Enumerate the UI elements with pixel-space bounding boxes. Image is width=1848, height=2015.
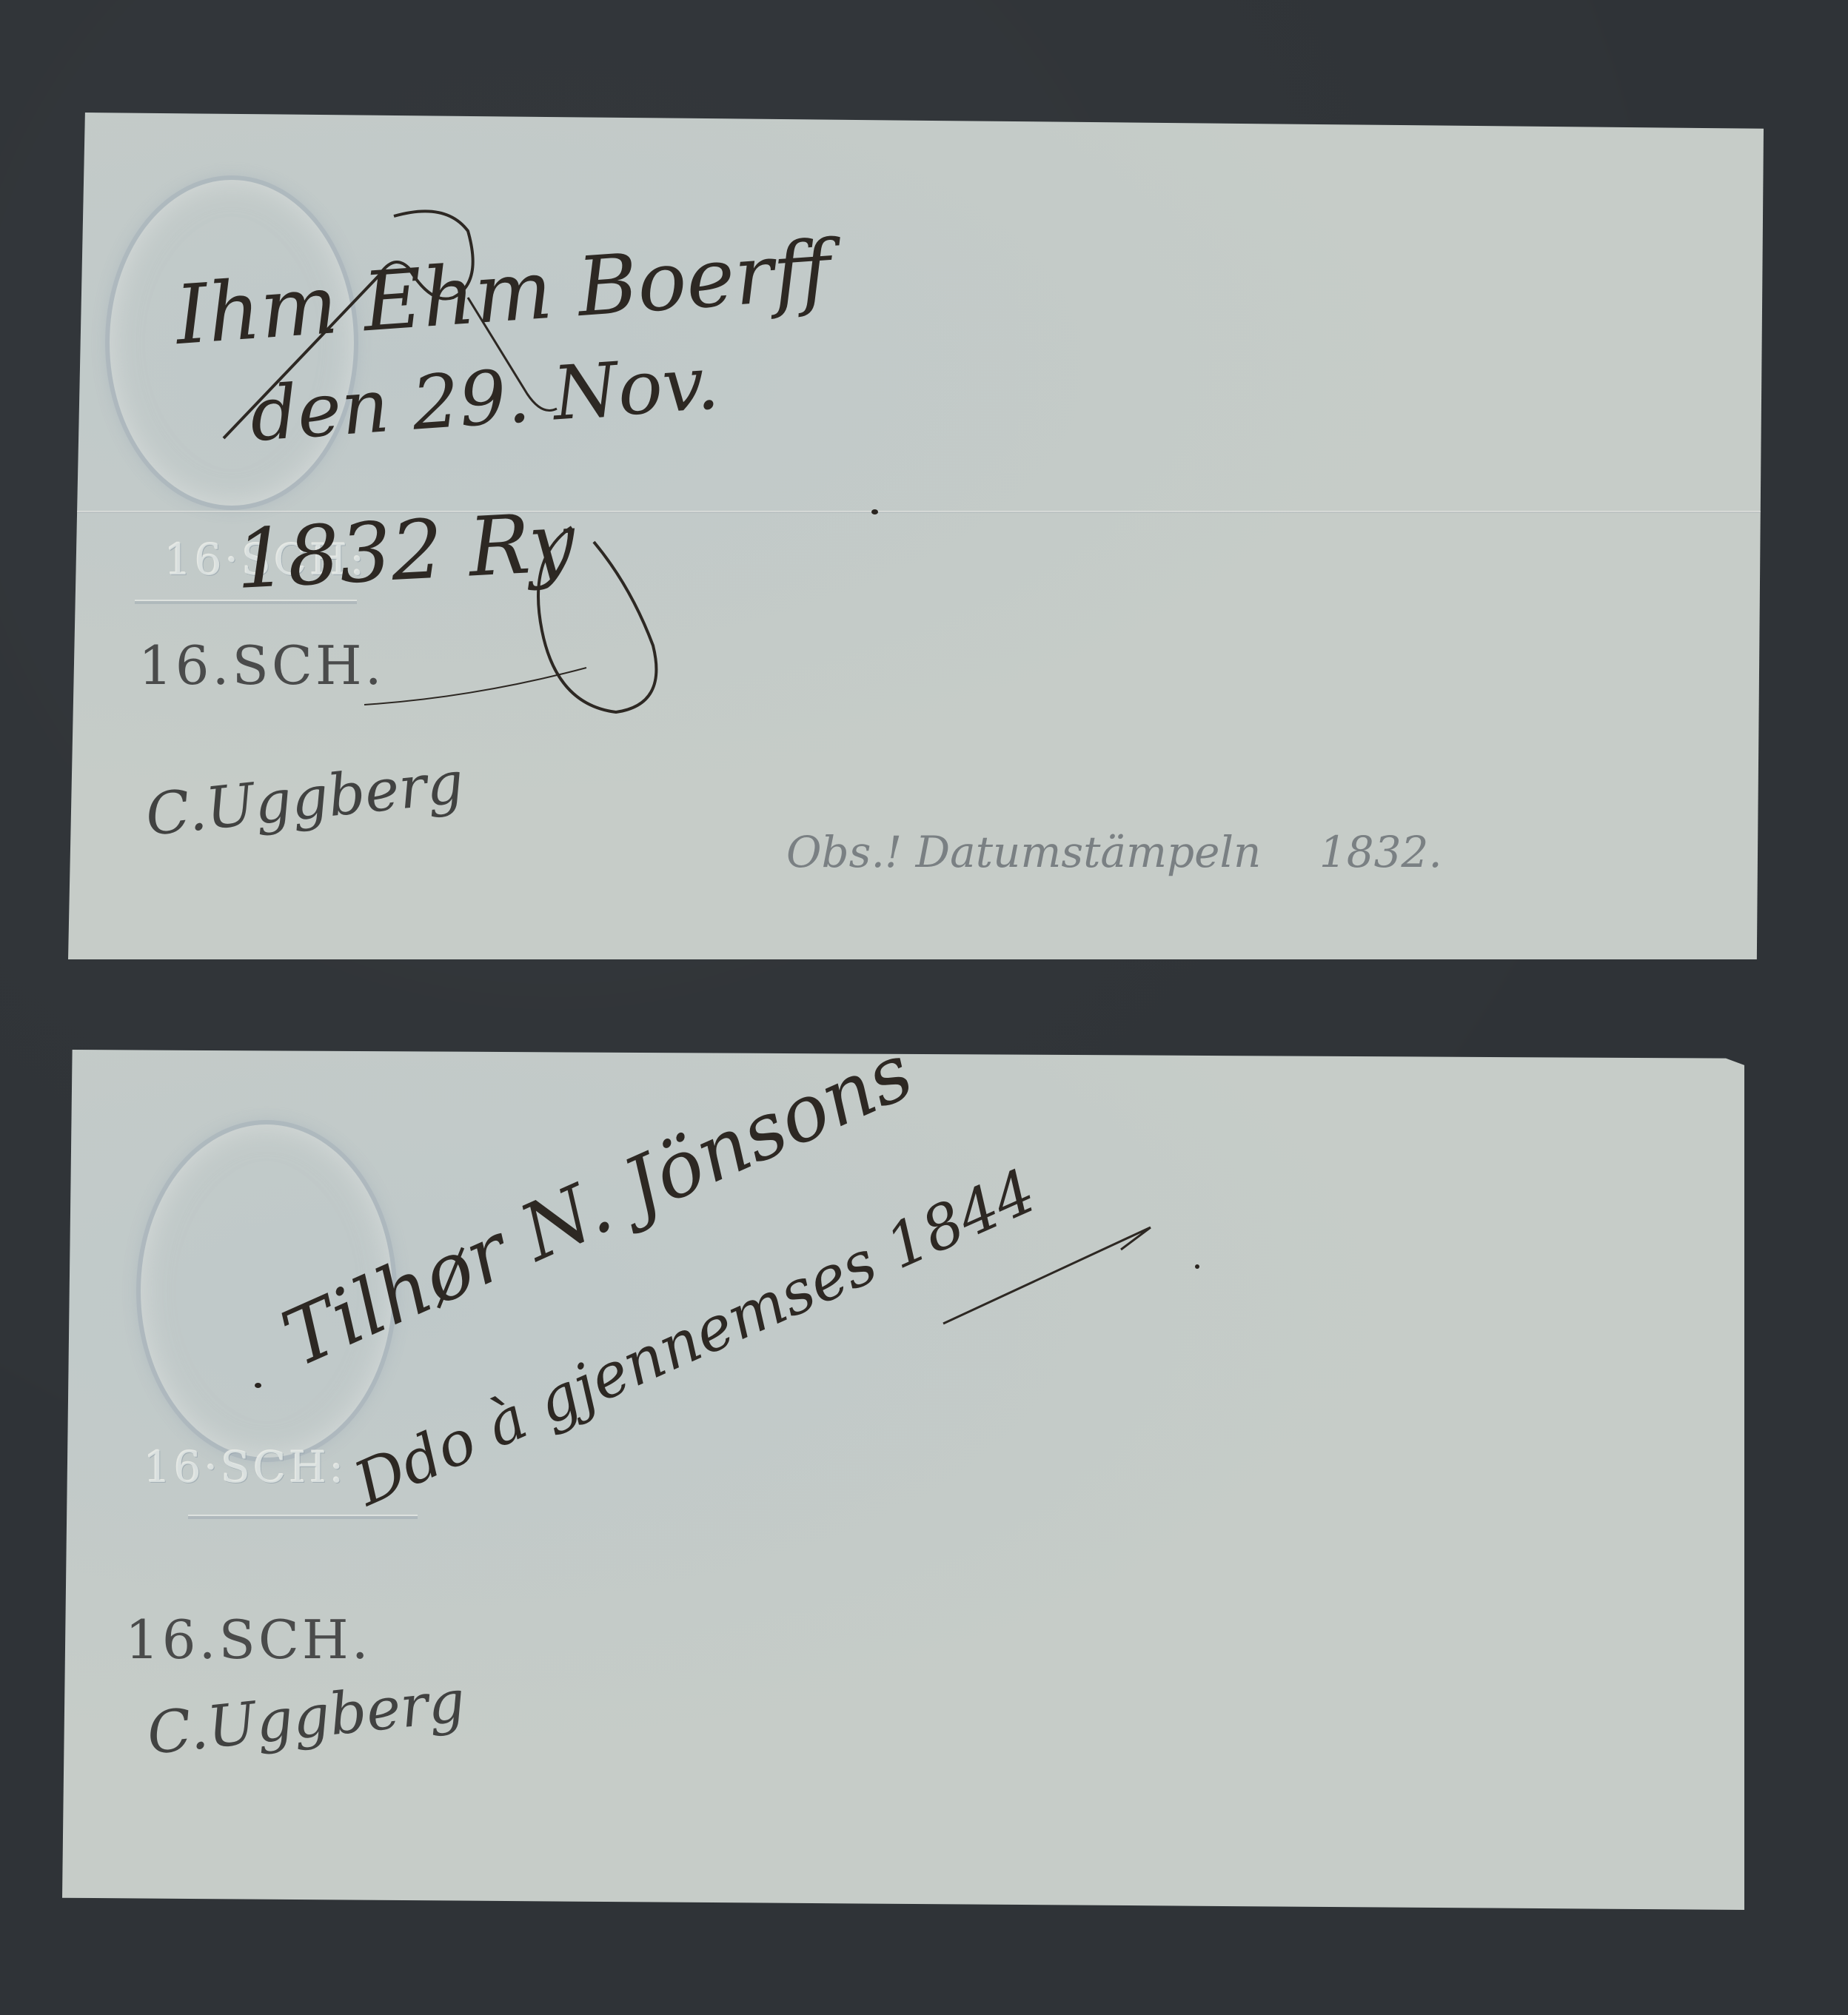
embossed-bar bbox=[188, 1516, 418, 1519]
ink-speck bbox=[871, 509, 878, 514]
pencil-note: Obs.! Datumstämpeln 1832. bbox=[786, 827, 1442, 877]
pencil-note-text: Obs.! Datumstämpeln bbox=[786, 827, 1261, 877]
document-top: 16·SCH: Ihm Ehm Boerff den 29. Nov. 1832… bbox=[68, 113, 1764, 959]
printed-stamp-value: 16.SCH. bbox=[125, 1609, 372, 1671]
signature-stamp: C.Uggberg bbox=[144, 1668, 469, 1768]
pencil-note-year: 1832. bbox=[1319, 827, 1442, 877]
embossed-stamp-value: 16·SCH: bbox=[144, 1442, 346, 1492]
signature-stamp: C.Uggberg bbox=[143, 749, 467, 849]
document-bottom: 16·SCH: Tilhør N. Jönsons Ddo à gjennems… bbox=[62, 1050, 1744, 1910]
flourish-arrow bbox=[936, 1220, 1158, 1338]
underline-stroke bbox=[364, 660, 660, 720]
ink-speck bbox=[255, 1383, 261, 1388]
printed-stamp-value: 16.SCH. bbox=[138, 634, 385, 697]
ink-speck bbox=[1195, 1264, 1199, 1269]
